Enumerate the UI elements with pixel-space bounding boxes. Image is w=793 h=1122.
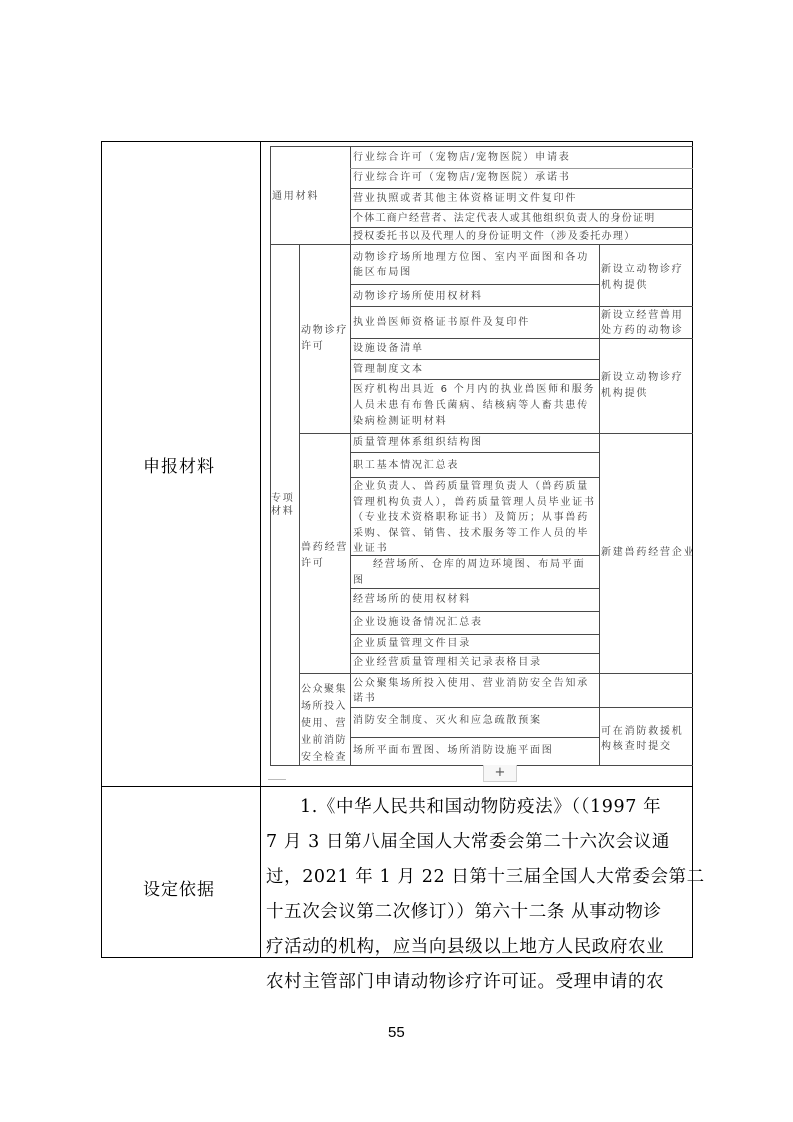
grid-line — [350, 477, 599, 478]
group-label-fire-safety: 公众聚集场所投入使用、营业前消防安全检查 — [301, 681, 350, 766]
note: 新建兽药经营企业提供 — [601, 546, 692, 559]
grid-line — [350, 168, 693, 169]
collapse-handle[interactable] — [268, 779, 286, 780]
row-label-basis: 设定依据 — [143, 875, 215, 900]
basis-line: 疗活动的机构，应当向县级以上地方人民政府农业 — [266, 930, 690, 965]
row-label-materials: 申报材料 — [143, 452, 215, 477]
material-item: 经营场所的使用权材料 — [353, 593, 597, 606]
grid-line — [350, 452, 599, 453]
material-item: 动物诊疗场所使用权材料 — [353, 290, 597, 303]
material-item: 公众聚集场所投入使用、营业消防安全告知承诺书 — [353, 676, 597, 706]
general-materials-label: 通用材料 — [272, 190, 348, 203]
grid-line — [350, 379, 599, 380]
basis-line: 农村主管部门申请动物诊疗许可证。受理申请的农 — [266, 965, 690, 1000]
page-number: 55 — [388, 1024, 405, 1041]
material-item: 执业兽医师资格证书原件及复印件 — [353, 316, 597, 329]
material-item: 动物诊疗场所地理方位图、室内平面图和各功能区布局图 — [353, 250, 597, 280]
material-item: 职工基本情况汇总表 — [353, 459, 597, 472]
grid-line — [350, 653, 599, 654]
grid-line — [350, 707, 693, 708]
grid-line — [270, 244, 693, 245]
grid-line — [350, 634, 599, 635]
subtable-left — [270, 146, 271, 765]
grid-line — [270, 146, 693, 147]
grid-line — [299, 673, 693, 674]
grid-line — [350, 338, 693, 339]
add-row-button[interactable]: + — [483, 765, 517, 782]
material-item: 设施设备清单 — [353, 342, 597, 355]
note: 新设立动物诊疗机构提供 — [601, 370, 692, 402]
subtable-col4 — [599, 244, 600, 765]
grid-line — [350, 359, 599, 360]
row-divider — [101, 786, 693, 787]
general-item: 个体工商户经营者、法定代表人或其他组织负责人的身份证明 — [353, 212, 691, 225]
basis-line: 1.《中华人民共和国动物防疫法》（（1997 年 — [266, 790, 690, 825]
material-item: 管理制度文本 — [353, 363, 597, 376]
grid-line — [350, 737, 599, 738]
general-item: 营业执照或者其他主体资格证明文件复印件 — [353, 192, 691, 205]
note: 可在消防救援机构核查时提交 — [601, 724, 692, 754]
material-item: 医疗机构出具近 6 个月内的执业兽医师和服务人员未患有布鲁氏菌病、结核病等人畜共… — [353, 382, 597, 430]
grid-line — [350, 611, 599, 612]
grid-line — [350, 227, 693, 228]
material-item: 企业负责人、兽药质量管理负责人（兽药质量管理机构负责人），兽药质量管理人员毕业证… — [353, 479, 597, 557]
material-item: 企业经营质量管理相关记录表格目录 — [353, 656, 597, 669]
grid-line — [350, 306, 693, 307]
subtable-col2 — [299, 244, 300, 765]
basis-line: 十五次会议第二次修订））第六十二条 从事动物诊 — [266, 895, 690, 930]
material-item: 企业设施设备情况汇总表 — [353, 616, 597, 629]
basis-line: 过，2021 年 1 月 22 日第十三届全国人大常委会第二 — [266, 860, 690, 895]
material-item: 质量管理体系组织结构图 — [353, 436, 597, 449]
basis-text: 1.《中华人民共和国动物防疫法》（（1997 年 7 月 3 日第八届全国人大常… — [266, 790, 690, 1000]
column-divider — [260, 141, 261, 958]
general-item: 授权委托书以及代理人的身份证明文件（涉及委托办理） — [353, 230, 691, 243]
basis-line: 7 月 3 日第八届全国人大常委会第二十六次会议通 — [266, 825, 690, 860]
group-label-animal-clinic: 动物诊疗许可 — [301, 323, 350, 355]
material-item: 场所平面布置图、场所消防设施平面图 — [353, 744, 597, 757]
grid-line — [350, 209, 693, 210]
grid-line — [299, 433, 693, 434]
grid-line — [350, 284, 599, 285]
material-item: 经营场所、仓库的周边环境图、布局平面图 — [353, 557, 597, 589]
material-item: 消防安全制度、灭火和应急疏散预案 — [353, 714, 597, 727]
table-left-border — [101, 141, 102, 958]
table-top-border — [101, 141, 693, 142]
note: 新设立动物诊疗机构提供 — [601, 262, 692, 294]
general-item: 行业综合许可（宠物店/宠物医院）申请表 — [353, 151, 691, 164]
group-label-vet-drug: 兽药经营许可 — [301, 540, 350, 572]
special-materials-label: 专项材料 — [271, 492, 299, 518]
grid-line — [350, 188, 693, 189]
material-item: 企业质量管理文件目录 — [353, 637, 597, 650]
note: 新设立经营兽用处方药的动物诊疗机构提供 — [601, 308, 692, 338]
general-item: 行业综合许可（宠物店/宠物医院）承诺书 — [353, 171, 691, 184]
table-right-border — [692, 141, 693, 958]
